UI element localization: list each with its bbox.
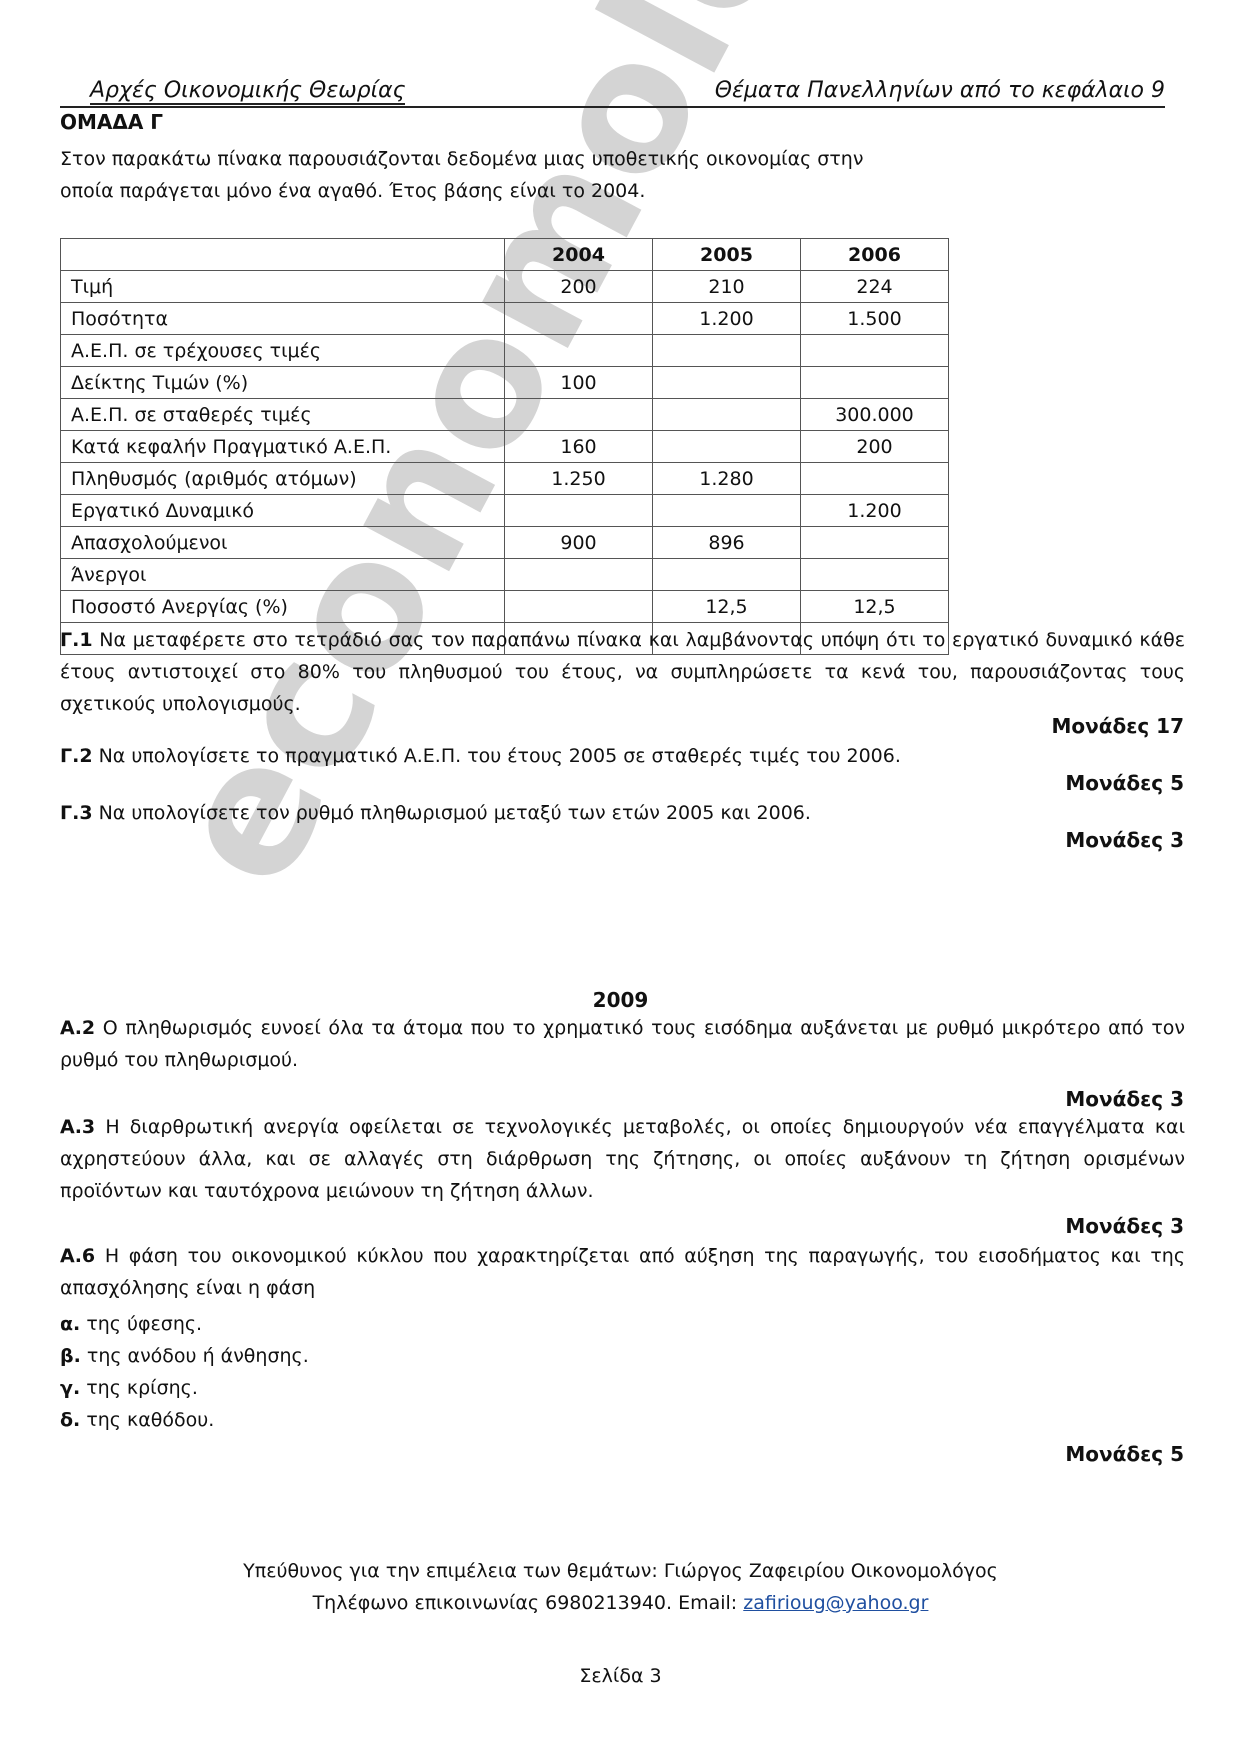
cell-value: 210 bbox=[653, 271, 801, 303]
header-subject: Αρχές Οικονομικής Θεωρίας bbox=[90, 78, 405, 103]
cell-value: 100 bbox=[505, 367, 653, 399]
question-id: Γ.2 bbox=[60, 745, 93, 767]
row-label: Τιμή bbox=[61, 271, 505, 303]
cell-value bbox=[505, 335, 653, 367]
cell-value: 900 bbox=[505, 527, 653, 559]
cell-value bbox=[505, 559, 653, 591]
table-row: Πληθυσμός (αριθμός ατόμων)1.2501.280 bbox=[61, 463, 949, 495]
option-text: της κρίσης. bbox=[86, 1377, 198, 1399]
table-header-year: 2005 bbox=[653, 239, 801, 271]
section-year-heading: 2009 bbox=[0, 988, 1241, 1012]
question-id: Γ.1 bbox=[60, 629, 93, 651]
table-row: Κατά κεφαλήν Πραγματικό Α.Ε.Π.160200 bbox=[61, 431, 949, 463]
cell-value: 12,5 bbox=[801, 591, 949, 623]
question-a2: Α.2 Ο πληθωρισμός ευνοεί όλα τα άτομα πο… bbox=[60, 1012, 1185, 1076]
marks-a6: Μονάδες 5 bbox=[1065, 1442, 1184, 1466]
question-c3: Γ.3 Να υπολογίσετε τον ρυθμό πληθωρισμού… bbox=[60, 797, 1185, 829]
row-label: Πληθυσμός (αριθμός ατόμων) bbox=[61, 463, 505, 495]
question-id: Α.6 bbox=[60, 1245, 95, 1267]
option-beta: β. της ανόδου ή άνθησης. bbox=[60, 1340, 309, 1372]
option-letter: δ. bbox=[60, 1409, 80, 1431]
cell-value bbox=[505, 303, 653, 335]
question-text: Να υπολογίσετε το πραγματικό Α.Ε.Π. του … bbox=[99, 745, 901, 767]
table-row: Α.Ε.Π. σε σταθερές τιμές300.000 bbox=[61, 399, 949, 431]
economy-data-table: 2004 2005 2006 Τιμή200210224Ποσότητα1.20… bbox=[60, 238, 949, 655]
cell-value bbox=[801, 559, 949, 591]
table-row: Εργατικό Δυναμικό1.200 bbox=[61, 495, 949, 527]
table-row: Άνεργοι bbox=[61, 559, 949, 591]
cell-value: 1.200 bbox=[653, 303, 801, 335]
question-id: Γ.3 bbox=[60, 802, 93, 824]
row-label: Ποσότητα bbox=[61, 303, 505, 335]
table-header-label bbox=[61, 239, 505, 271]
intro-paragraph: Στον παρακάτω πίνακα παρουσιάζονται δεδο… bbox=[60, 143, 1060, 207]
cell-value bbox=[505, 495, 653, 527]
row-label: Κατά κεφαλήν Πραγματικό Α.Ε.Π. bbox=[61, 431, 505, 463]
table-row: Δείκτης Τιμών (%)100 bbox=[61, 367, 949, 399]
header-subject-text: Αρχές Οικονομικής Θεωρίας bbox=[90, 78, 405, 105]
question-text: Να μεταφέρετε στο τετράδιό σας τον παραπ… bbox=[60, 629, 1185, 715]
table-row: Ποσοστό Ανεργίας (%)12,512,5 bbox=[61, 591, 949, 623]
cell-value bbox=[801, 527, 949, 559]
cell-value bbox=[801, 463, 949, 495]
answer-options: α. της ύφεσης. β. της ανόδου ή άνθησης. … bbox=[60, 1308, 309, 1436]
cell-value bbox=[653, 431, 801, 463]
question-text: Η διαρθρωτική ανεργία οφείλεται σε τεχνο… bbox=[60, 1116, 1185, 1202]
row-label: Απασχολούμενοι bbox=[61, 527, 505, 559]
page-header: Αρχές Οικονομικής Θεωρίας Θέματα Πανελλη… bbox=[60, 78, 1165, 108]
table-row: Απασχολούμενοι900896 bbox=[61, 527, 949, 559]
marks-a2: Μονάδες 3 bbox=[1065, 1087, 1184, 1111]
option-text: της ύφεσης. bbox=[86, 1313, 202, 1335]
marks-c2: Μονάδες 5 bbox=[1065, 771, 1184, 795]
option-alpha: α. της ύφεσης. bbox=[60, 1308, 309, 1340]
question-text: Να υπολογίσετε τον ρυθμό πληθωρισμού μετ… bbox=[99, 802, 811, 824]
marks-c1: Μονάδες 17 bbox=[1051, 714, 1184, 738]
marks-c3: Μονάδες 3 bbox=[1065, 828, 1184, 852]
question-text: Ο πληθωρισμός ευνοεί όλα τα άτομα που το… bbox=[60, 1017, 1185, 1071]
question-text: Η φάση του οικονομικού κύκλου που χαρακτ… bbox=[60, 1245, 1185, 1299]
row-label: Άνεργοι bbox=[61, 559, 505, 591]
cell-value: 200 bbox=[801, 431, 949, 463]
table-row: Ποσότητα1.2001.500 bbox=[61, 303, 949, 335]
page-number: Σελίδα 3 bbox=[0, 1665, 1241, 1687]
question-id: Α.3 bbox=[60, 1116, 95, 1138]
row-label: Ποσοστό Ανεργίας (%) bbox=[61, 591, 505, 623]
cell-value: 200 bbox=[505, 271, 653, 303]
footer-contact: Τηλέφωνο επικοινωνίας 6980213940. Email:… bbox=[0, 1592, 1241, 1614]
question-c1: Γ.1 Να μεταφέρετε στο τετράδιό σας τον π… bbox=[60, 624, 1185, 720]
option-text: της ανόδου ή άνθησης. bbox=[87, 1345, 309, 1367]
table-header-year: 2004 bbox=[505, 239, 653, 271]
cell-value: 12,5 bbox=[653, 591, 801, 623]
option-letter: α. bbox=[60, 1313, 80, 1335]
option-text: της καθόδου. bbox=[86, 1409, 214, 1431]
footer-editor: Υπεύθυνος για την επιμέλεια των θεμάτων:… bbox=[0, 1560, 1241, 1582]
footer-phone: Τηλέφωνο επικοινωνίας 6980213940. Email: bbox=[313, 1592, 744, 1614]
table-row: Τιμή200210224 bbox=[61, 271, 949, 303]
cell-value bbox=[653, 335, 801, 367]
cell-value: 300.000 bbox=[801, 399, 949, 431]
cell-value: 224 bbox=[801, 271, 949, 303]
table-row: Α.Ε.Π. σε τρέχουσες τιμές bbox=[61, 335, 949, 367]
cell-value bbox=[653, 399, 801, 431]
cell-value: 1.250 bbox=[505, 463, 653, 495]
option-delta: δ. της καθόδου. bbox=[60, 1404, 309, 1436]
row-label: Α.Ε.Π. σε σταθερές τιμές bbox=[61, 399, 505, 431]
cell-value: 1.280 bbox=[653, 463, 801, 495]
cell-value bbox=[505, 399, 653, 431]
cell-value bbox=[801, 367, 949, 399]
question-a3: Α.3 Η διαρθρωτική ανεργία οφείλεται σε τ… bbox=[60, 1111, 1185, 1207]
table-header-year: 2006 bbox=[801, 239, 949, 271]
option-letter: γ. bbox=[60, 1377, 80, 1399]
cell-value: 1.500 bbox=[801, 303, 949, 335]
group-title: ΟΜΑΔΑ Γ bbox=[60, 110, 163, 134]
cell-value: 1.200 bbox=[801, 495, 949, 527]
cell-value: 160 bbox=[505, 431, 653, 463]
table-header-row: 2004 2005 2006 bbox=[61, 239, 949, 271]
option-gamma: γ. της κρίσης. bbox=[60, 1372, 309, 1404]
question-a6: Α.6 Η φάση του οικονομικού κύκλου που χα… bbox=[60, 1240, 1185, 1304]
header-chapter: Θέματα Πανελληνίων από το κεφάλαιο 9 bbox=[715, 78, 1165, 103]
cell-value bbox=[653, 495, 801, 527]
intro-line-2: οποία παράγεται μόνο ένα αγαθό. Έτος βάσ… bbox=[60, 175, 1060, 207]
row-label: Α.Ε.Π. σε τρέχουσες τιμές bbox=[61, 335, 505, 367]
question-id: Α.2 bbox=[60, 1017, 95, 1039]
document-page: Αρχές Οικονομικής Θεωρίας Θέματα Πανελλη… bbox=[0, 0, 1241, 1755]
email-link[interactable]: zafirioug@yahoo.gr bbox=[743, 1592, 928, 1614]
row-label: Δείκτης Τιμών (%) bbox=[61, 367, 505, 399]
cell-value bbox=[801, 335, 949, 367]
intro-line-1: Στον παρακάτω πίνακα παρουσιάζονται δεδο… bbox=[60, 143, 1060, 175]
option-letter: β. bbox=[60, 1345, 81, 1367]
cell-value bbox=[505, 591, 653, 623]
cell-value: 896 bbox=[653, 527, 801, 559]
cell-value bbox=[653, 367, 801, 399]
question-c2: Γ.2 Να υπολογίσετε το πραγματικό Α.Ε.Π. … bbox=[60, 740, 1185, 772]
table-body: Τιμή200210224Ποσότητα1.2001.500Α.Ε.Π. σε… bbox=[61, 271, 949, 655]
marks-a3: Μονάδες 3 bbox=[1065, 1214, 1184, 1238]
row-label: Εργατικό Δυναμικό bbox=[61, 495, 505, 527]
cell-value bbox=[653, 559, 801, 591]
